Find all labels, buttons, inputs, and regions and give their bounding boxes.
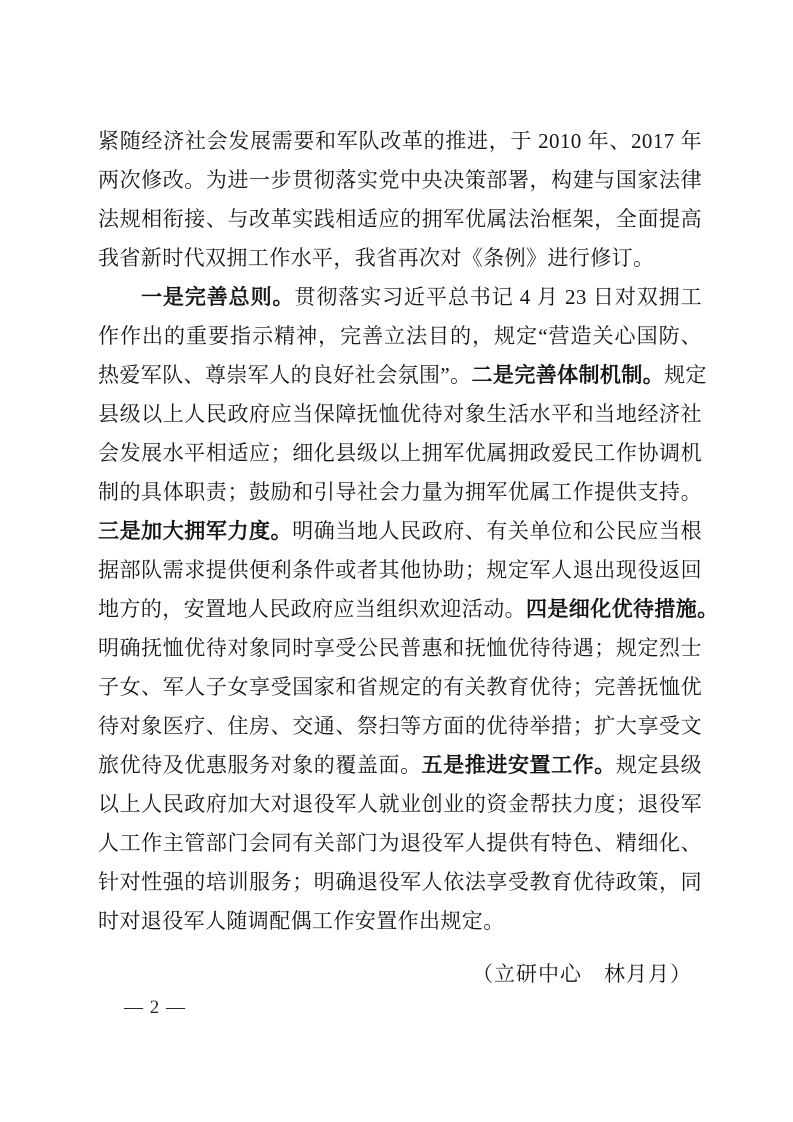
text-line: 热爱军队、尊崇军人的良好社会氛围”。二是完善体制机制。规定 (98, 356, 702, 395)
emphasis-heading: 三是加大拥军力度。 (98, 520, 292, 543)
text-line: 紧随经济社会发展需要和军队改革的推进，于 2010 年、2017 年 (98, 122, 702, 161)
text-line: 我省新时代双拥工作水平，我省再次对《条例》进行修订。 (98, 239, 702, 278)
text-line: 作作出的重要指示精神，完善立法目的，规定“营造关心国防、 (98, 317, 702, 356)
body-text: 热爱军队、尊崇军人的良好社会氛围”。 (98, 363, 472, 387)
body-text: 制的具体职责；鼓励和引导社会力量为拥军优属工作提供支持。 (98, 480, 702, 504)
document-body: 紧随经济社会发展需要和军队改革的推进，于 2010 年、2017 年两次修改。为… (98, 122, 702, 941)
body-text: 地方的，安置地人民政府应当组织欢迎活动。 (98, 597, 526, 621)
body-text: 我省新时代双拥工作水平，我省再次对《条例》进行修订。 (98, 246, 654, 270)
text-line: 时对退役军人随调配偶工作安置作出规定。 (98, 902, 702, 941)
body-text: 县级以上人民政府应当保障抚恤优待对象生活水平和当地经济社 (98, 402, 702, 426)
body-text: 规定县级 (616, 753, 702, 777)
emphasis-heading: 五是推进安置工作。 (422, 754, 616, 777)
body-text: 明确抚恤优待对象同时享受公民普惠和抚恤优待待遇；规定烈士 (98, 636, 702, 660)
body-text: 会发展水平相适应；细化县级以上拥军优属拥政爱民工作协调机 (98, 441, 702, 465)
text-line: 两次修改。为进一步贯彻落实党中央决策部署，构建与国家法律 (98, 161, 702, 200)
text-line: 明确抚恤优待对象同时享受公民普惠和抚恤优待待遇；规定烈士 (98, 629, 702, 668)
text-line: 待对象医疗、住房、交通、祭扫等方面的优待举措；扩大享受文 (98, 707, 702, 746)
body-text: 待对象医疗、住房、交通、祭扫等方面的优待举措；扩大享受文 (98, 714, 702, 738)
body-text: 针对性强的培训服务；明确退役军人依法享受教育优待政策，同 (98, 870, 702, 894)
body-text: 作作出的重要指示精神，完善立法目的，规定“营造关心国防、 (98, 324, 702, 348)
document-text-block: 紧随经济社会发展需要和军队改革的推进，于 2010 年、2017 年两次修改。为… (98, 122, 702, 994)
emphasis-heading: 一是完善总则。 (141, 286, 294, 309)
text-line: 人工作主管部门会同有关部门为退役军人提供有特色、精细化、 (98, 824, 702, 863)
body-text: 人工作主管部门会同有关部门为退役军人提供有特色、精细化、 (98, 831, 702, 855)
body-text: 紧随经济社会发展需要和军队改革的推进，于 2010 年、2017 年 (98, 129, 702, 153)
body-text: 法规相衔接、与改革实践相适应的拥军优属法治框架，全面提高 (98, 207, 702, 231)
text-line: 法规相衔接、与改革实践相适应的拥军优属法治框架，全面提高 (98, 200, 702, 239)
text-line: 县级以上人民政府应当保障抚恤优待对象生活水平和当地经济社 (98, 395, 702, 434)
body-text: 旅优待及优惠服务对象的覆盖面。 (98, 753, 422, 777)
text-line: 会发展水平相适应；细化县级以上拥军优属拥政爱民工作协调机 (98, 434, 702, 473)
body-text: 两次修改。为进一步贯彻落实党中央决策部署，构建与国家法律 (98, 168, 702, 192)
emphasis-heading: 四是细化优待措施。 (526, 598, 719, 621)
signature-line: （立研中心 林月月） (98, 955, 702, 994)
document-page: 紧随经济社会发展需要和军队改革的推进，于 2010 年、2017 年两次修改。为… (0, 0, 793, 1122)
body-text: 以上人民政府加大对退役军人就业创业的资金帮扶力度；退役军 (98, 792, 702, 816)
text-line: 据部队需求提供便利条件或者其他协助；规定军人退出现役返回 (98, 551, 702, 590)
text-line: 地方的，安置地人民政府应当组织欢迎活动。四是细化优待措施。 (98, 590, 702, 629)
body-text: 贯彻落实习近平总书记 4 月 23 日对双拥工 (294, 285, 702, 309)
text-line: 旅优待及优惠服务对象的覆盖面。五是推进安置工作。规定县级 (98, 746, 702, 785)
text-line: 子女、军人子女享受国家和省规定的有关教育优待；完善抚恤优 (98, 668, 702, 707)
body-text: 子女、军人子女享受国家和省规定的有关教育优待；完善抚恤优 (98, 675, 702, 699)
body-text: 规定 (664, 363, 707, 387)
text-line: 制的具体职责；鼓励和引导社会力量为拥军优属工作提供支持。 (98, 473, 702, 512)
body-text: 明确当地人民政府、有关单位和公民应当根 (292, 519, 702, 543)
page-number: — 2 — (124, 995, 186, 1021)
text-line: 针对性强的培训服务；明确退役军人依法享受教育优待政策，同 (98, 863, 702, 902)
body-text: 时对退役军人随调配偶工作安置作出规定。 (98, 909, 505, 933)
text-line: 三是加大拥军力度。明确当地人民政府、有关单位和公民应当根 (98, 512, 702, 551)
body-text: 据部队需求提供便利条件或者其他协助；规定军人退出现役返回 (98, 558, 702, 582)
text-line: 以上人民政府加大对退役军人就业创业的资金帮扶力度；退役军 (98, 785, 702, 824)
emphasis-heading: 二是完善体制机制。 (472, 364, 665, 387)
text-line: 一是完善总则。贯彻落实习近平总书记 4 月 23 日对双拥工 (98, 278, 702, 317)
